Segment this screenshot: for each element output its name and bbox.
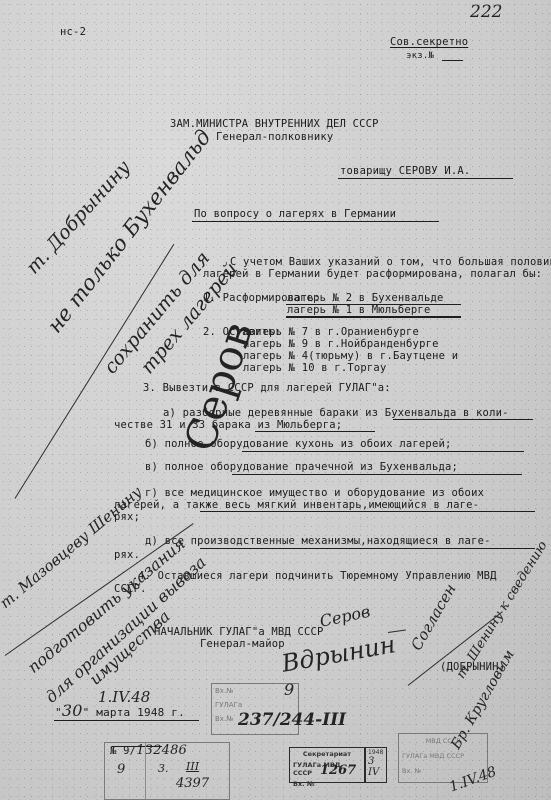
stamp1-handwritten: 9 [284,680,294,699]
item2-line1: лагерь № 7 в г.Ораниенбурге [243,326,419,338]
index-code: нс-2 [60,26,86,38]
stamp1-line: ГУЛАГа [215,701,295,709]
item3-d-underline [200,548,535,549]
item3-a-underline2 [255,431,375,432]
page-number: 222 [470,2,502,22]
item3-b-underline [242,451,524,452]
stamp4-line: МВД СССР [402,737,484,745]
stamp1-line: Вх.№ [215,687,295,695]
item3-a-underline1 [393,419,533,420]
item3-d-line1: д) все производственные механизмы,находя… [145,535,491,547]
stamp3-number: 1267 [320,763,356,778]
date-day: 30 [62,701,83,720]
item2-line3: лагерь № 4(тюрьму) в г.Баутцене и [243,350,458,362]
intro-line1: С учетом Ваших указаний о том, что больш… [230,256,551,268]
item2-line2: лагерь № 9 в г.Нойбранденбурге [243,338,439,350]
date-month-year: марта 1948 г. [96,706,185,719]
stamp3-line: Вх. № [293,780,361,788]
stamp2-hand-a: 9 [117,762,125,777]
stamp2-hand-b: 3. [158,762,169,775]
stamp4-line: ГУЛАГа МВД СССР [402,752,484,760]
item3-g-underline [200,511,535,512]
stamp3-year: 1948 [368,749,384,756]
date-underline [54,720,199,721]
item3-label: 3. Вывезти в СССР для лагерей ГУЛАГ"а: [143,382,391,394]
stamp3-line: Секретариат [293,750,361,758]
date-line: "30" марта 1948 г. [55,705,185,719]
addressee-line2: Генерал-полковнику [216,131,333,143]
item1-underline2 [286,316,461,318]
copy-number-underline [442,60,463,61]
stamp3-month: IV [368,767,384,778]
stamp2-hand-d: 4397 [176,776,209,791]
secretariat-stamp-side: 1948 3 IV [365,747,387,783]
item2-line4: лагерь № 10 в г.Торгау [243,362,386,374]
item1-line1: лагерь № 2 в Бухенвальде [287,292,444,304]
item3-g-line2: лагерей, а также весь мягкий инвентарь,и… [114,499,479,511]
item1-line2: лагерь № 1 в Мюльберге [287,304,430,316]
right-note-serov: Серов [318,602,372,631]
item3-d-line2: рях. [114,549,140,561]
stamp3-day: 3 [368,756,384,767]
item3-g-line1: г) все медицинское имущество и оборудова… [145,487,484,499]
doc-number-handwritten: 237/244-III [238,710,346,730]
classification-label: Сов.секретно [390,36,468,48]
copy-number-label: экз.№ [406,50,434,62]
item3-v-underline [232,474,522,475]
addressee-line3: товарищу СЕРОВУ И.А. [340,165,470,177]
item1-underline1 [286,304,461,305]
signature-title1: НАЧАЛЬНИК ГУЛАГ"а МВД СССР [154,626,324,638]
stamp2-divider [145,743,146,799]
subject-line: По вопросу о лагерях в Германии [194,208,396,220]
signature-title2: Генерал-майор [200,638,285,650]
stamp2-hand-c: III [186,760,199,773]
item3-v: в) полное оборудование прачечной из Бухе… [145,461,458,473]
intro-line2: лагерей в Германии будет расформирована,… [203,268,542,280]
subject-underline [192,221,439,222]
addressee-underline [338,178,513,179]
right-note-agree: Согласен [407,581,459,654]
date-note-handwritten: 1.IV.48 [98,688,150,706]
document-page: 222 нс-2 Сов.секретно экз.№ ЗАМ.МИНИСТРА… [0,0,551,800]
